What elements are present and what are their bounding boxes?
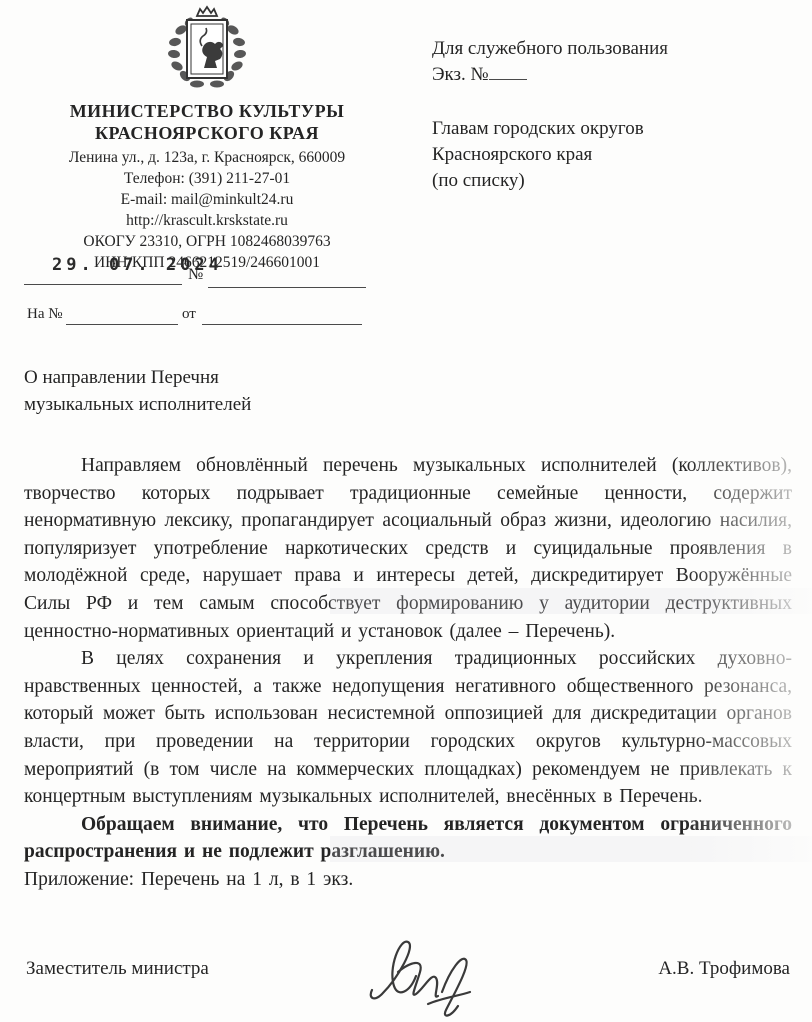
coat-of-arms-icon — [147, 4, 267, 94]
ref-na-underline — [66, 324, 178, 325]
address-line: Ленина ул., д. 123а, г. Красноярск, 6600… — [26, 147, 388, 168]
signature-name: А.В. Трофимова — [658, 958, 790, 980]
ref-na-label: На № — [27, 306, 63, 323]
number-label: № — [188, 266, 203, 284]
subject-block: О направлении Перечня музыкальных исполн… — [24, 364, 251, 418]
scanned-letter-page: МИНИСТЕРСТВО КУЛЬТУРЫ КРАСНОЯРСКОГО КРАЯ… — [0, 0, 812, 1022]
copy-number-label: Экз. № — [432, 64, 489, 85]
restriction-marking: Для служебного пользования — [432, 36, 792, 61]
crown — [197, 7, 217, 16]
phone-line: Телефон: (391) 211-27-01 — [26, 168, 388, 189]
recipient-line-1: Главам городских округов — [432, 116, 792, 142]
signature-position: Заместитель министра — [26, 958, 209, 980]
org-name: МИНИСТЕРСТВО КУЛЬТУРЫ КРАСНОЯРСКОГО КРАЯ — [26, 100, 388, 144]
recipient-line-2: Красноярского края — [432, 142, 792, 168]
subject-line-2: музыкальных исполнителей — [24, 391, 251, 418]
org-name-line-1: МИНИСТЕРСТВО КУЛЬТУРЫ — [26, 100, 388, 122]
body-paragraph-2: В целях сохранения и укрепления традицио… — [24, 645, 792, 811]
email-line: E-mail: mail@minkult24.ru — [26, 189, 388, 210]
recipient-line-3: (по списку) — [432, 168, 792, 194]
letterhead: МИНИСТЕРСТВО КУЛЬТУРЫ КРАСНОЯРСКОГО КРАЯ… — [26, 0, 388, 273]
ref-ot-underline — [202, 324, 362, 325]
letter-body: Направляем обновлённый перечень музыкаль… — [24, 452, 792, 894]
website-line: http://krascult.krskstate.ru — [26, 210, 388, 231]
body-paragraph-1: Направляем обновлённый перечень музыкаль… — [24, 452, 792, 645]
copy-number-line: Экз. № — [432, 62, 527, 86]
okogu-ogrn-line: ОКОГУ 23310, ОГРН 1082468039763 — [26, 231, 388, 252]
ref-ot-label: от — [182, 306, 196, 323]
attachment-line: Приложение: Перечень на 1 л, в 1 экз. — [24, 866, 792, 894]
signature-image — [358, 928, 488, 1020]
copy-number-underline — [489, 62, 527, 80]
body-paragraph-3: Обращаем внимание, что Перечень является… — [24, 811, 792, 866]
subject-line-1: О направлении Перечня — [24, 364, 251, 391]
org-name-line-2: КРАСНОЯРСКОГО КРАЯ — [26, 122, 388, 144]
recipient-block: Главам городских округов Красноярского к… — [432, 116, 792, 194]
number-underline — [208, 287, 366, 288]
date-underline — [24, 284, 182, 285]
